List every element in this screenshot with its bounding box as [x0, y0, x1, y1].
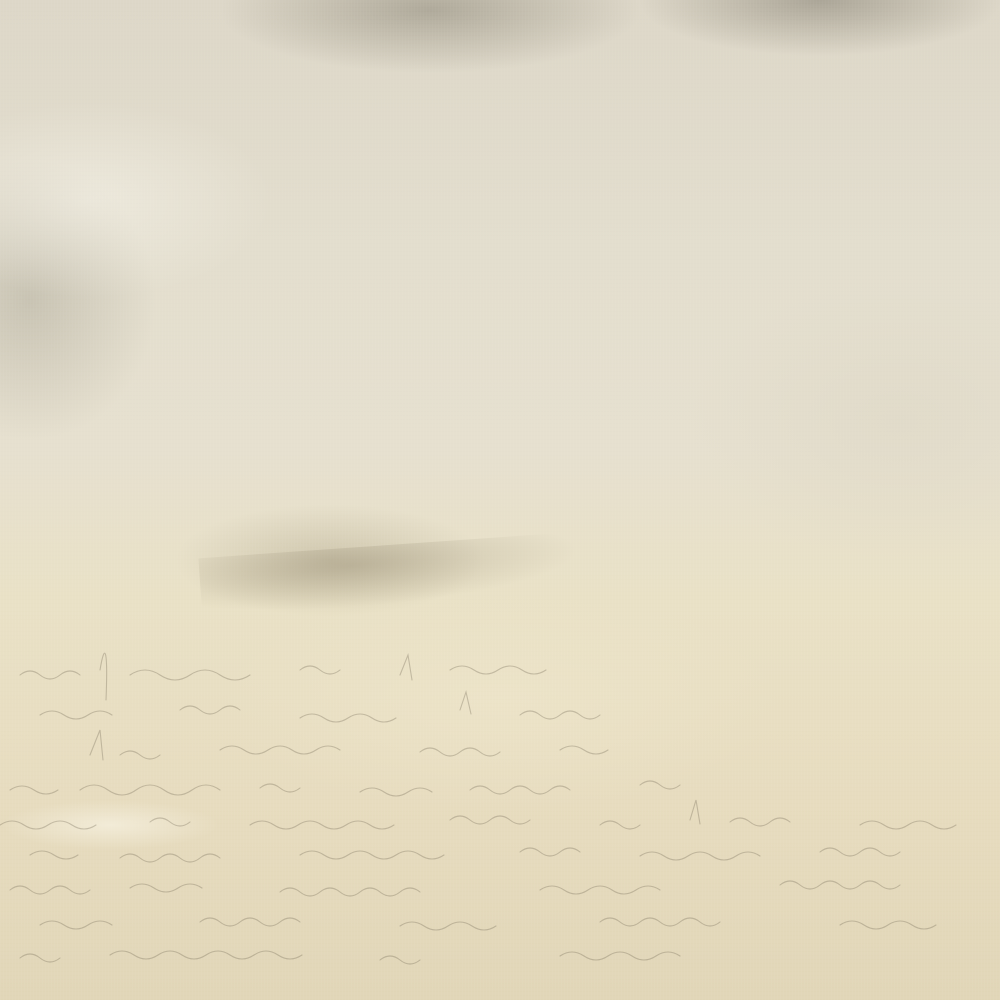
- paper-crease: [0, 800, 220, 850]
- paper-grain-texture: [0, 0, 1000, 1000]
- paper-crease: [198, 532, 581, 618]
- parchment-background: [0, 0, 1000, 1000]
- faded-handwriting: [0, 640, 1000, 1000]
